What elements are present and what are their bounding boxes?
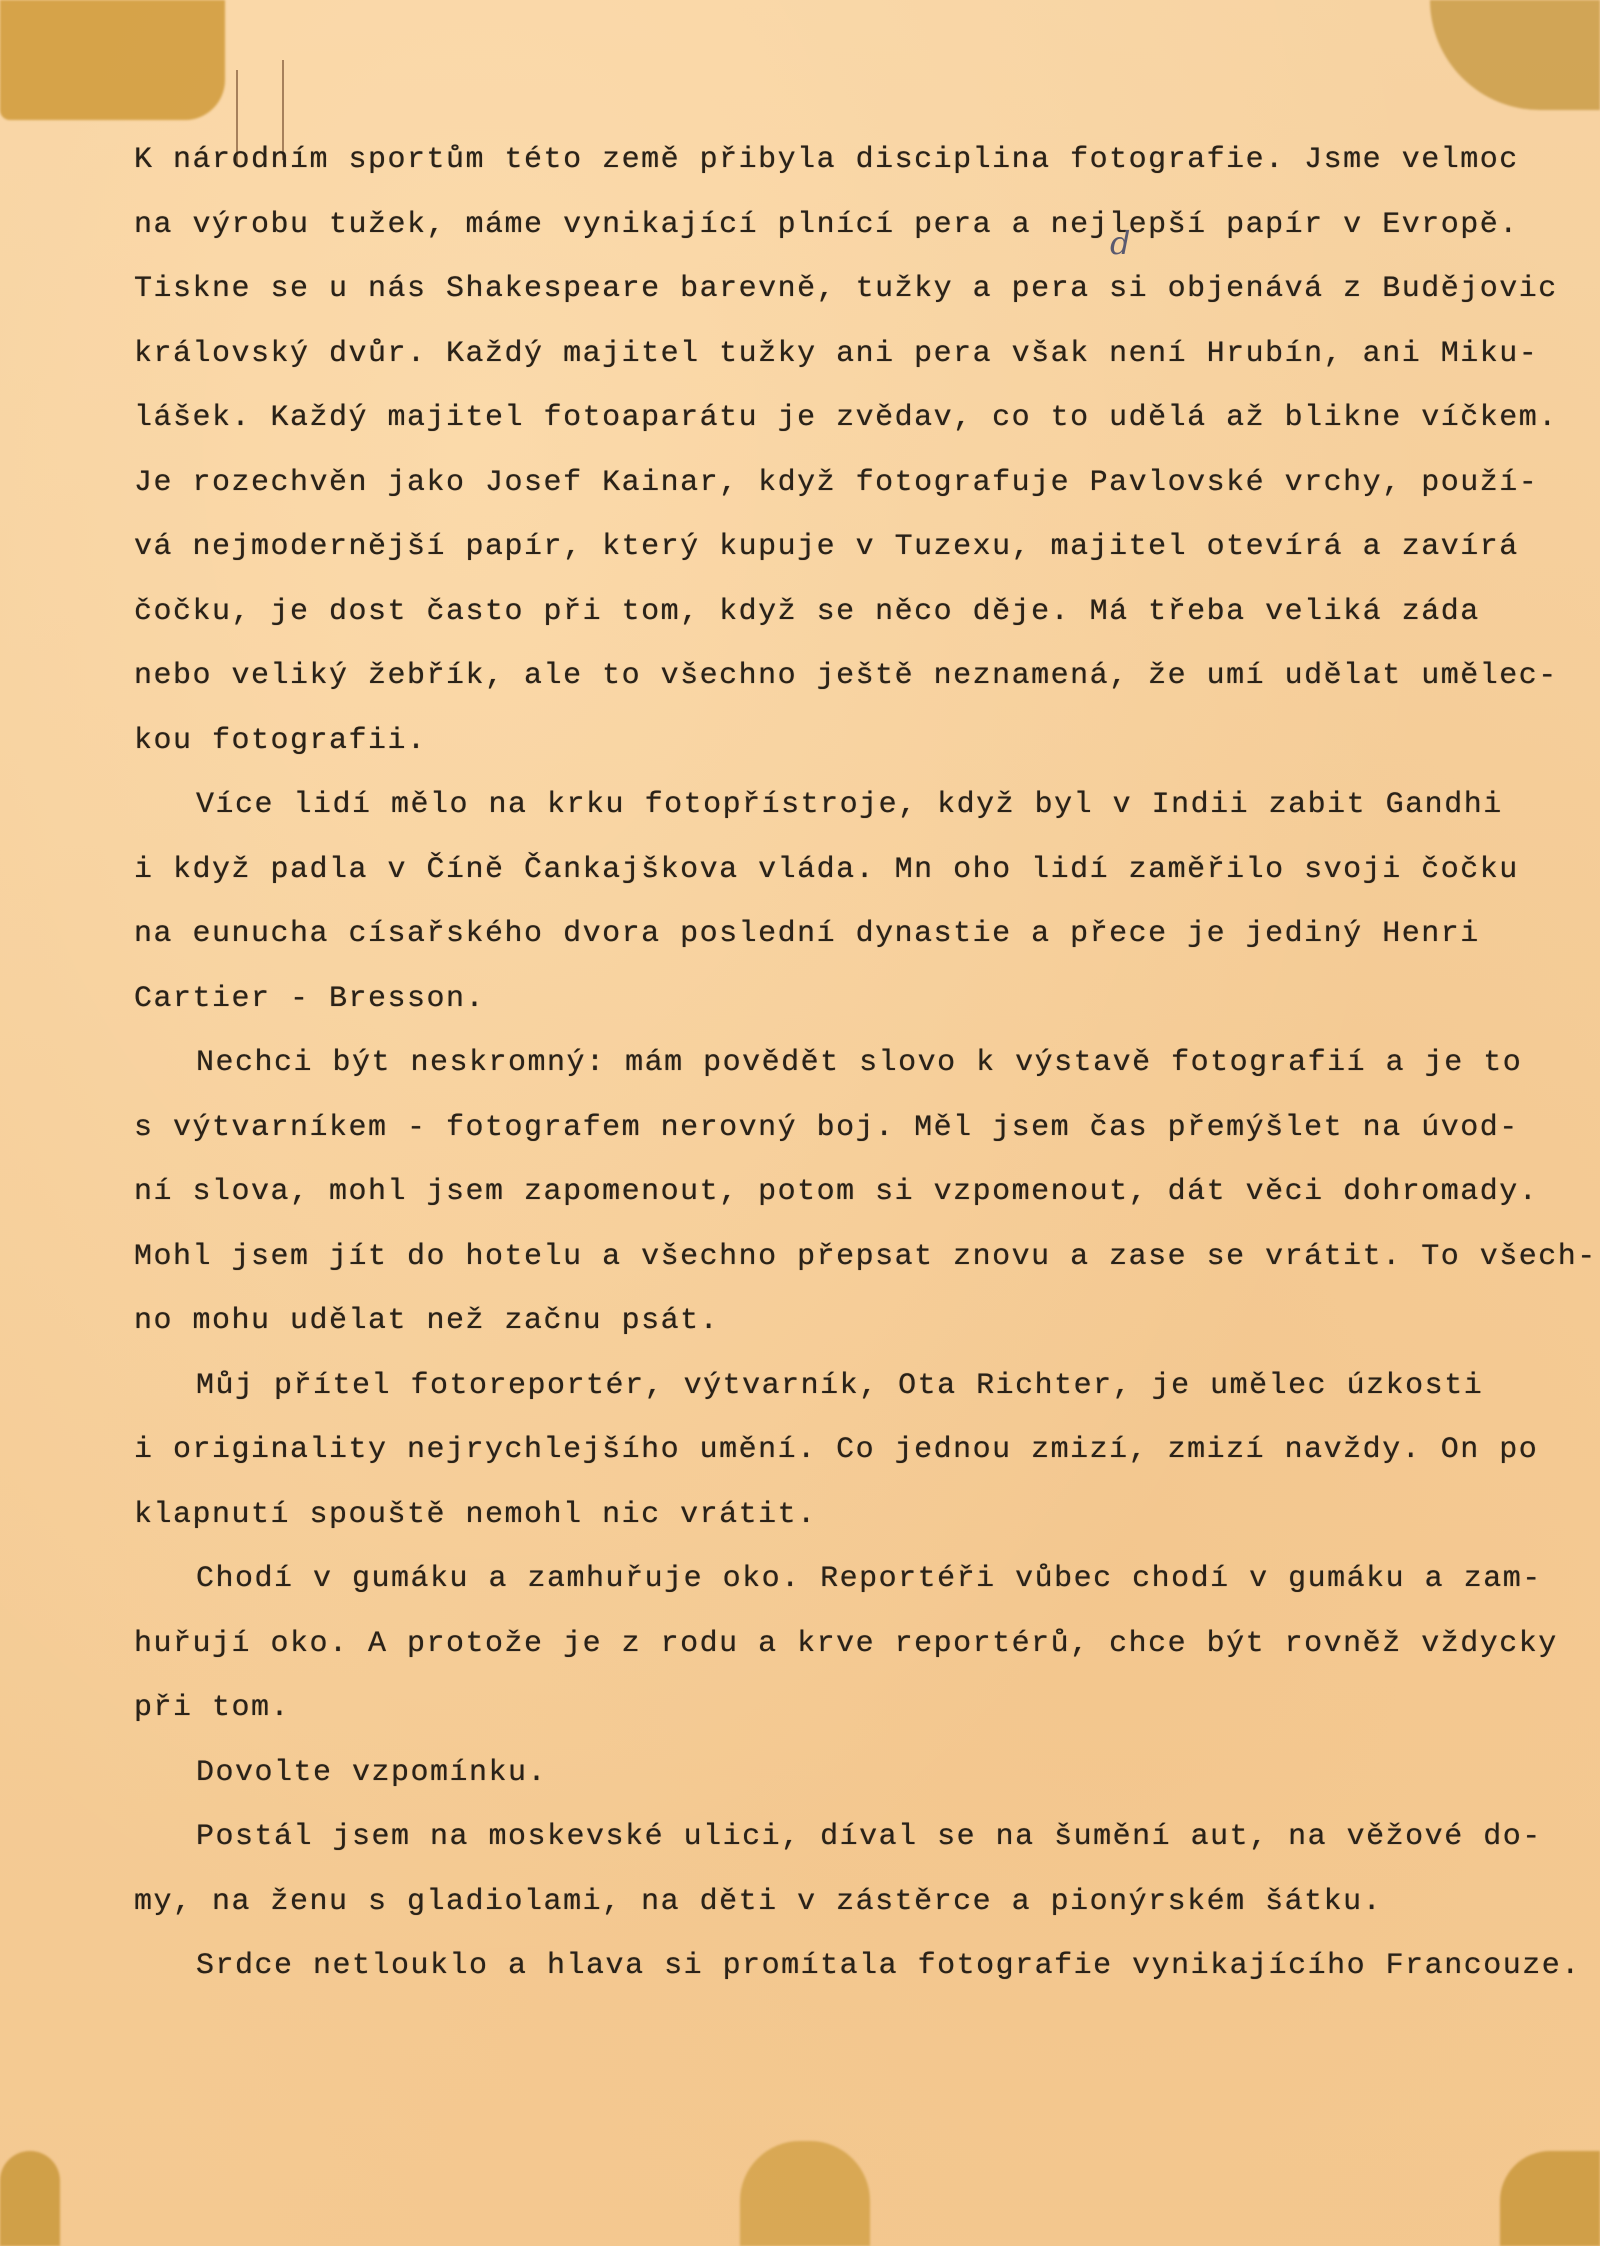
text-line: na výrobu tužek, máme vynikající plnící … xyxy=(134,205,1574,270)
paragraph-start: Nechci být neskromný: mám povědět slovo … xyxy=(134,1043,1574,1108)
text-line: Mohl jsem jít do hotelu a všechno přepsa… xyxy=(134,1237,1574,1302)
text-line: na eunucha císařského dvora poslední dyn… xyxy=(134,914,1574,979)
tape-stain-bottom-left xyxy=(0,2151,60,2246)
tape-stain-bottom-right xyxy=(1500,2151,1600,2246)
paragraph-start: Srdce netlouklo a hlava si promítala fot… xyxy=(134,1946,1574,2011)
text-line: no mohu udělat než začnu psát. xyxy=(134,1301,1574,1366)
text-line: nebo veliký žebřík, ale to všechno ještě… xyxy=(134,656,1574,721)
paragraph-start: Můj přítel fotoreportér, výtvarník, Ota … xyxy=(134,1366,1574,1431)
paragraph-start: Chodí v gumáku a zamhuřuje oko. Reportéř… xyxy=(134,1559,1574,1624)
tape-stain-top-left xyxy=(0,0,225,120)
text-line: čočku, je dost často při tom, když se ně… xyxy=(134,592,1574,657)
paragraph-start: Dovolte vzpomínku. xyxy=(134,1753,1574,1818)
text-line: Cartier - Bresson. xyxy=(134,979,1574,1044)
text-line: královský dvůr. Každý majitel tužky ani … xyxy=(134,334,1574,399)
text-line: s výtvarníkem - fotografem nerovný boj. … xyxy=(134,1108,1574,1173)
text-line: Tiskne se u nás Shakespeare barevně, tuž… xyxy=(134,269,1574,334)
text-line: K národním sportům této země přibyla dis… xyxy=(134,140,1574,205)
text-line: i originality nejrychlejšího umění. Co j… xyxy=(134,1430,1574,1495)
paragraph-start: Více lidí mělo na krku fotopřístroje, kd… xyxy=(134,785,1574,850)
text-line: lášek. Každý majitel fotoaparátu je zvěd… xyxy=(134,398,1574,463)
text-line: při tom. xyxy=(134,1688,1574,1753)
text-line: ní slova, mohl jsem zapomenout, potom si… xyxy=(134,1172,1574,1237)
text-line: vá nejmodernější papír, který kupuje v T… xyxy=(134,527,1574,592)
tape-stain-bottom-middle xyxy=(740,2141,870,2246)
text-line: my, na ženu s gladiolami, na děti v zást… xyxy=(134,1882,1574,1947)
paragraph-start: Postál jsem na moskevské ulici, díval se… xyxy=(134,1817,1574,1882)
text-line: klapnutí spouště nemohl nic vrátit. xyxy=(134,1495,1574,1560)
text-line: i když padla v Číně Čankajškova vláda. M… xyxy=(134,850,1574,915)
typewritten-body: K národním sportům této země přibyla dis… xyxy=(134,140,1574,2011)
text-line: huřují oko. A protože je z rodu a krve r… xyxy=(134,1624,1574,1689)
text-line: kou fotografii. xyxy=(134,721,1574,786)
text-line: Je rozechvěn jako Josef Kainar, když fot… xyxy=(134,463,1574,528)
